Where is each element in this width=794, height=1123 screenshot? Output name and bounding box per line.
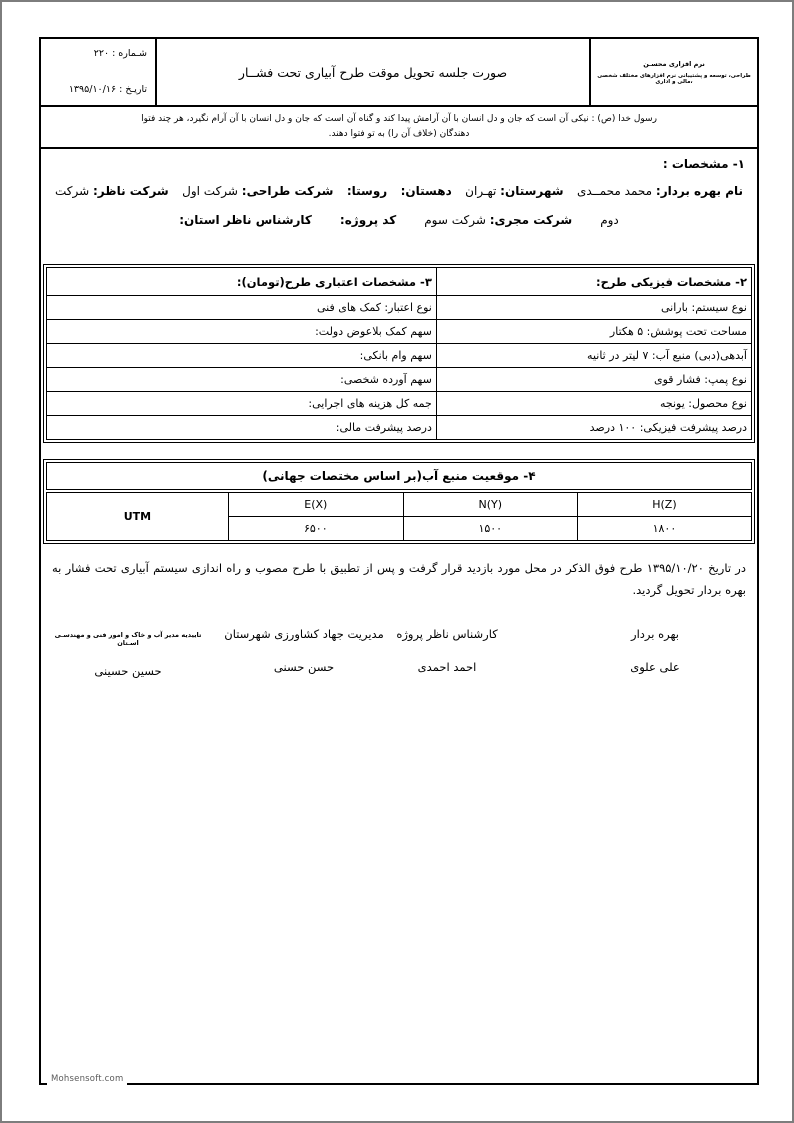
field-county: شهرستان: تهـران: [465, 184, 563, 198]
delivery-statement: در تاریخ ۱۳۹۵/۱۰/۲۰ طرح فوق الذکر در محل…: [52, 558, 746, 602]
field-supervisor-company: شرکت ناظر: شرکت: [55, 184, 169, 198]
coord-ny-value: ۱۵۰۰: [403, 517, 577, 541]
specs-line-2: دوم شرکت مجری: شرکت سوم کد پروژه: کارشنا…: [53, 213, 745, 227]
utm-system-cell: UTM: [47, 493, 229, 541]
number-label: شـماره :: [112, 48, 147, 59]
vendor-logo-cell: نرم افزاری محسـن طراحی، توسعه و پشتیبانی…: [589, 39, 757, 105]
water-source-title: ۴- موقعیت منبع آب(بر اساس مختصات جهانی): [46, 462, 752, 490]
document-header: شـماره : ۲۲۰ تاریـخ : ۱۳۹۵/۱۰/۱۶ صورت جل…: [41, 39, 757, 107]
document-page: شـماره : ۲۲۰ تاریـخ : ۱۳۹۵/۱۰/۱۶ صورت جل…: [0, 0, 794, 1123]
signature-block: بهره بردار علی علوی کارشناس ناظر پروژه ا…: [41, 627, 757, 717]
section1-title: ۱- مشخصات :: [53, 157, 745, 171]
number-value: ۲۲۰: [94, 48, 109, 59]
field-village: روستا:: [347, 184, 387, 198]
table-row: جمه کل هزینه های اجرایی: نوع محصول: یونج…: [47, 392, 752, 416]
financial-cell: سهم کمک بلاعوض دولت:: [47, 320, 437, 344]
quote-line-2: دهندگان (خلاف آن را) به تو فتوا دهند.: [329, 127, 470, 142]
physical-cell: نوع پمپ: فشار قوی: [436, 368, 751, 392]
table-row: ۳- مشخصات اعتباری طرح(تومان): ۲- مشخصات …: [47, 268, 752, 296]
signature-beneficiary: بهره بردار علی علوی: [590, 627, 720, 674]
signature-title: مدیریت جهاد کشاورزی شهرستان: [199, 627, 409, 651]
vendor-name: نرم افزاری محسـن: [643, 60, 705, 68]
coord-hz-value: ۱۸۰۰: [577, 517, 751, 541]
financial-header-cell: ۳- مشخصات اعتباری طرح(تومان):: [47, 268, 437, 296]
date-value: ۱۳۹۵/۱۰/۱۶: [69, 84, 116, 95]
field-district: دهستان:: [401, 184, 452, 198]
table-row: نوع اعتبار: کمک های فنی نوع سیستم: باران…: [47, 296, 752, 320]
table-row: سهم وام بانکی: آبدهی(دبی) منبع آب: ۷ لیت…: [47, 344, 752, 368]
hadith-quote: رسول خدا (ص) : نیکی آن است که جان و دل ا…: [41, 107, 757, 149]
table-row: سهم آورده شخصی: نوع پمپ: فشار قوی: [47, 368, 752, 392]
physical-financial-table: ۳- مشخصات اعتباری طرح(تومان): ۲- مشخصات …: [46, 267, 752, 440]
water-source-wrapper: ۴- موقعیت منبع آب(بر اساس مختصات جهانی) …: [43, 459, 755, 544]
physical-header-cell: ۲- مشخصات فیزیکی طرح:: [436, 268, 751, 296]
field-supervisor-company-cont: دوم: [600, 213, 619, 227]
quote-line-1: رسول خدا (ص) : نیکی آن است که جان و دل ا…: [141, 112, 657, 127]
financial-cell: سهم وام بانکی:: [47, 344, 437, 368]
financial-cell: جمه کل هزینه های اجرایی:: [47, 392, 437, 416]
physical-cell: آبدهی(دبی) منبع آب: ۷ لیتر در ثانیه: [436, 344, 751, 368]
financial-cell: سهم آورده شخصی:: [47, 368, 437, 392]
utm-coordinates-table: UTM E(X) N(Y) H(Z) ۶۵۰۰ ۱۵۰۰ ۱۸۰۰: [46, 492, 752, 541]
field-design-company: شرکت طراحی: شرکت اول: [182, 184, 333, 198]
document-frame: شـماره : ۲۲۰ تاریـخ : ۱۳۹۵/۱۰/۱۶ صورت جل…: [39, 37, 759, 1085]
signature-name: حسین حسینی: [43, 664, 213, 678]
document-title: صورت جلسه تحویل موقت طرح آبیاری تحت فشــ…: [157, 39, 589, 105]
signature-title: بهره بردار: [590, 627, 720, 651]
physical-cell: نوع سیستم: بارانی: [436, 296, 751, 320]
document-date: تاریـخ : ۱۳۹۵/۱۰/۱۶: [45, 84, 147, 95]
signature-name: علی علوی: [590, 660, 720, 674]
signature-title: تاییدیه مدیر آب و خاک و امور فنی و مهندس…: [43, 627, 213, 655]
field-beneficiary-name: نام بهره بردار: محمد محمــدی: [577, 184, 743, 198]
header-number-date-cell: شـماره : ۲۲۰ تاریـخ : ۱۳۹۵/۱۰/۱۶: [41, 39, 157, 105]
signature-province-approval: تاییدیه مدیر آب و خاک و امور فنی و مهندس…: [43, 627, 213, 678]
table-row: UTM E(X) N(Y) H(Z): [47, 493, 752, 517]
specs-tables-wrapper: ۳- مشخصات اعتباری طرح(تومان): ۲- مشخصات …: [43, 264, 755, 443]
table-row: سهم کمک بلاعوض دولت: مساحت تحت پوشش: ۵ ه…: [47, 320, 752, 344]
financial-cell: نوع اعتبار: کمک های فنی: [47, 296, 437, 320]
physical-cell: مساحت تحت پوشش: ۵ هکتار: [436, 320, 751, 344]
table-row: درصد پیشرفت مالی: درصد پیشرفت فیزیکی: ۱۰…: [47, 416, 752, 440]
vendor-tagline: طراحی، توسعه و پشتیبانی نرم افزارهای مخت…: [591, 73, 757, 85]
specs-line-1: نام بهره بردار: محمد محمــدی شهرستان: ته…: [55, 184, 743, 198]
field-executor-company: شرکت مجری: شرکت سوم: [424, 213, 572, 227]
financial-cell: درصد پیشرفت مالی:: [47, 416, 437, 440]
coord-ny-header: N(Y): [403, 493, 577, 517]
coord-ex-value: ۶۵۰۰: [228, 517, 403, 541]
signature-name: حسن حسنی: [199, 660, 409, 674]
coord-hz-header: H(Z): [577, 493, 751, 517]
mohsensoft-watermark: Mohsensoft.com: [47, 1073, 127, 1085]
date-label: تاریـخ :: [119, 84, 147, 95]
field-project-code: کد پروژه:: [340, 213, 396, 227]
signature-jihad-management: مدیریت جهاد کشاورزی شهرستان حسن حسنی: [199, 627, 409, 674]
document-number: شـماره : ۲۲۰: [45, 48, 147, 59]
field-province-expert: کارشناس ناظر استان:: [179, 213, 312, 227]
section-specifications: ۱- مشخصات : نام بهره بردار: محمد محمــدی…: [41, 149, 757, 264]
physical-cell: درصد پیشرفت فیزیکی: ۱۰۰ درصد: [436, 416, 751, 440]
coord-ex-header: E(X): [228, 493, 403, 517]
physical-cell: نوع محصول: یونجه: [436, 392, 751, 416]
